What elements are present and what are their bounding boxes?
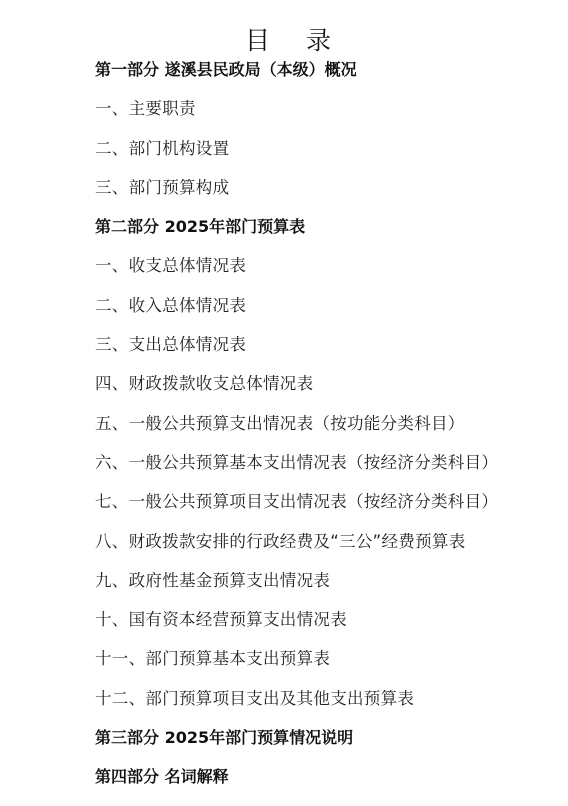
toc-item[interactable]: 三、部门预算构成	[95, 177, 498, 216]
toc-part-3[interactable]: 第三部分 2025年部门预算情况说明	[95, 727, 498, 766]
toc-item[interactable]: 二、收入总体情况表	[95, 295, 498, 334]
toc-item[interactable]: 六、一般公共预算基本支出情况表（按经济分类科目）	[95, 452, 498, 491]
toc-title: 目 录	[0, 21, 568, 57]
toc-item[interactable]: 十一、部门预算基本支出预算表	[95, 648, 498, 687]
toc-item[interactable]: 十二、部门预算项目支出及其他支出预算表	[95, 688, 498, 727]
toc-item[interactable]: 三、支出总体情况表	[95, 334, 498, 373]
toc-part-1[interactable]: 第一部分 遂溪县民政局（本级）概况	[95, 59, 498, 98]
toc-item[interactable]: 七、一般公共预算项目支出情况表（按经济分类科目）	[95, 491, 498, 530]
table-of-contents: 第一部分 遂溪县民政局（本级）概况 一、主要职责 二、部门机构设置 三、部门预算…	[95, 59, 498, 806]
toc-item[interactable]: 五、一般公共预算支出情况表（按功能分类科目）	[95, 413, 498, 452]
toc-part-2[interactable]: 第二部分 2025年部门预算表	[95, 216, 498, 255]
toc-item[interactable]: 九、政府性基金预算支出情况表	[95, 570, 498, 609]
toc-item[interactable]: 一、收支总体情况表	[95, 255, 498, 294]
toc-item[interactable]: 二、部门机构设置	[95, 138, 498, 177]
toc-item[interactable]: 八、财政拨款安排的行政经费及“三公”经费预算表	[95, 531, 498, 570]
toc-part-4[interactable]: 第四部分 名词解释	[95, 766, 498, 805]
toc-item[interactable]: 四、财政拨款收支总体情况表	[95, 373, 498, 412]
toc-item[interactable]: 一、主要职责	[95, 98, 498, 137]
toc-item[interactable]: 十、国有资本经营预算支出情况表	[95, 609, 498, 648]
